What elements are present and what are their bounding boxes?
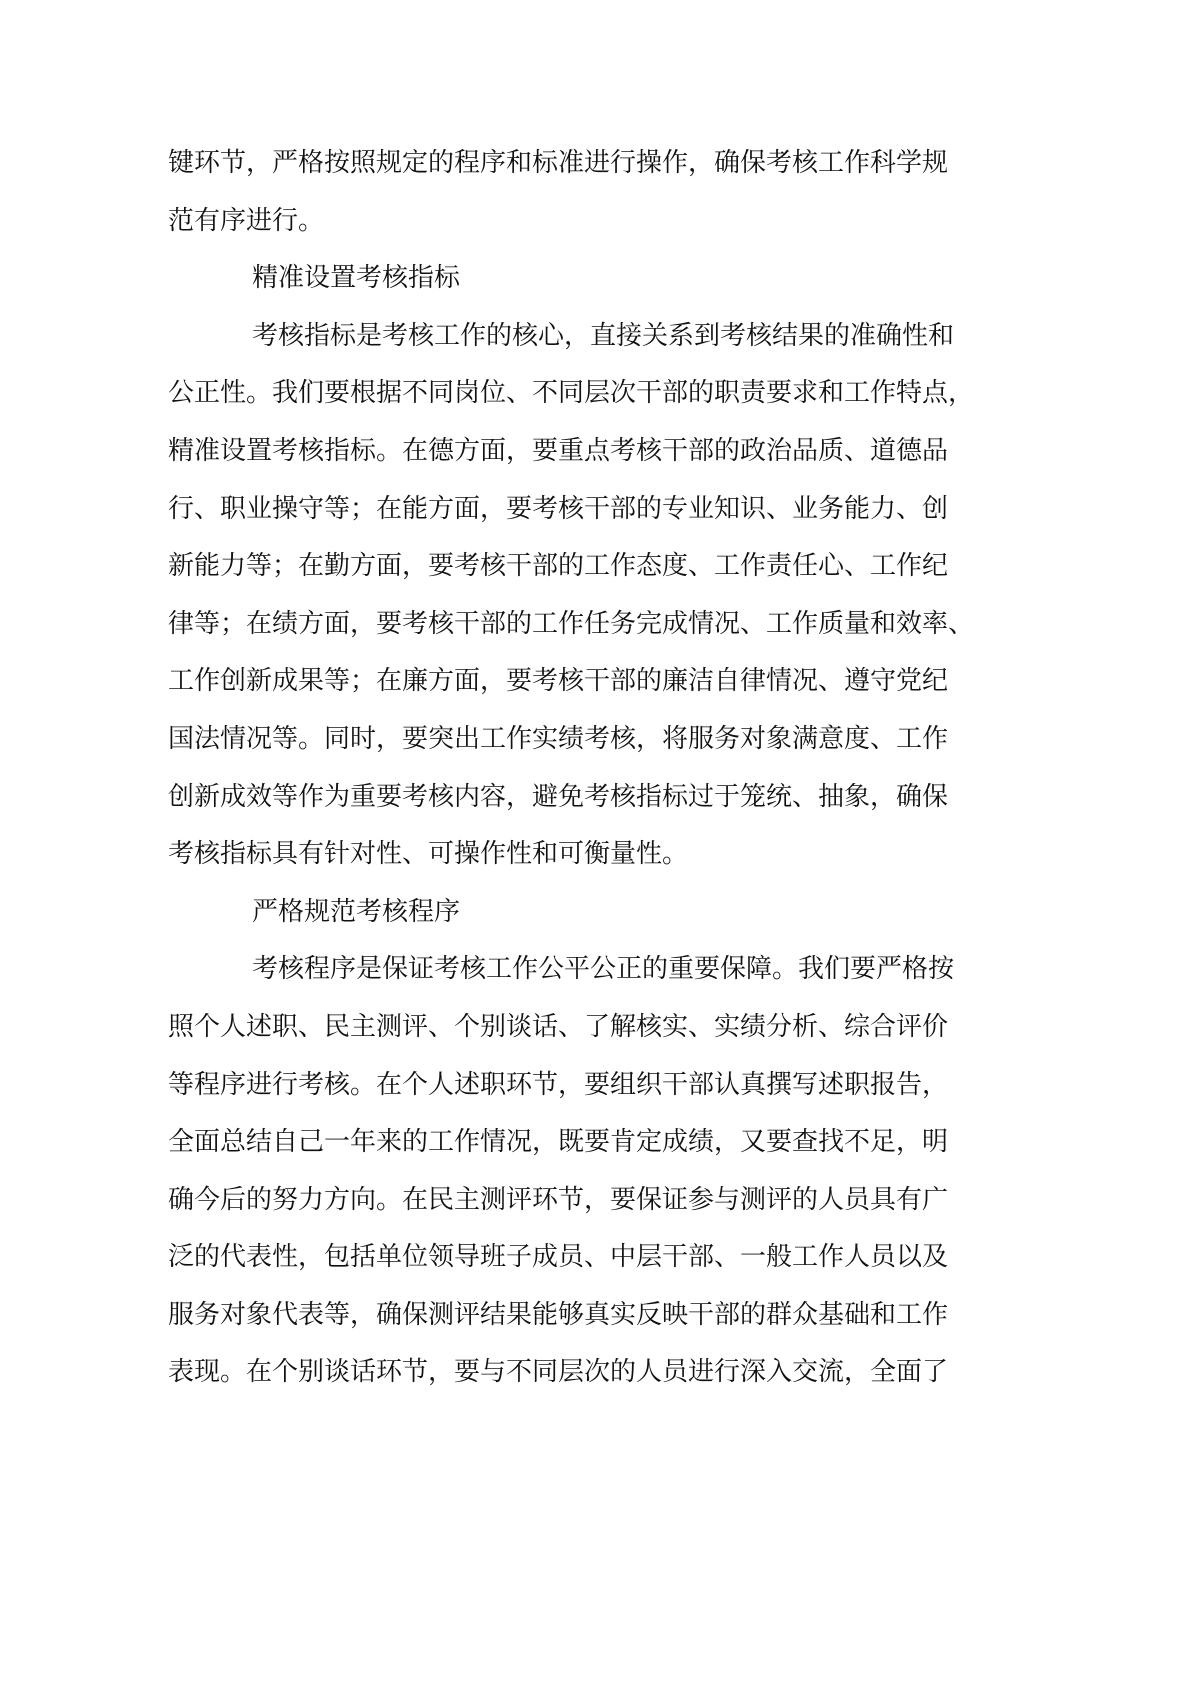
paragraph-line: 全面总结自己一年来的工作情况，既要肯定成绩，又要查找不足，明 <box>168 1124 942 1182</box>
paragraph-line: 服务对象代表等，确保测评结果能够真实反映干部的群众基础和工作 <box>168 1297 942 1355</box>
section-heading: 严格规范考核程序 <box>168 894 942 952</box>
paragraph-line: 工作创新成果等；在廉方面，要考核干部的廉洁自律情况、遵守党纪 <box>168 663 942 721</box>
paragraph-line: 公正性。我们要根据不同岗位、不同层次干部的职责要求和工作特点， <box>168 375 942 433</box>
paragraph-line: 泛的代表性，包括单位领导班子成员、中层干部、一般工作人员以及 <box>168 1239 942 1297</box>
paragraph-line: 范有序进行。 <box>168 203 942 261</box>
paragraph-line: 考核程序是保证考核工作公平公正的重要保障。我们要严格按 <box>168 951 942 1009</box>
document-page: 键环节，严格按照规定的程序和标准进行操作，确保考核工作科学规 范有序进行。 精准… <box>168 145 942 1412</box>
paragraph-line: 考核指标具有针对性、可操作性和可衡量性。 <box>168 836 942 894</box>
paragraph-line: 键环节，严格按照规定的程序和标准进行操作，确保考核工作科学规 <box>168 145 942 203</box>
paragraph-line: 照个人述职、民主测评、个别谈话、了解核实、实绩分析、综合评价 <box>168 1009 942 1067</box>
paragraph-line: 行、职业操守等；在能方面，要考核干部的专业知识、业务能力、创 <box>168 491 942 549</box>
paragraph-line: 表现。在个别谈话环节，要与不同层次的人员进行深入交流，全面了 <box>168 1354 942 1412</box>
paragraph-line: 国法情况等。同时，要突出工作实绩考核，将服务对象满意度、工作 <box>168 721 942 779</box>
paragraph-line: 确今后的努力方向。在民主测评环节，要保证参与测评的人员具有广 <box>168 1182 942 1240</box>
paragraph-line: 新能力等；在勤方面，要考核干部的工作态度、工作责任心、工作纪 <box>168 548 942 606</box>
paragraph-line: 创新成效等作为重要考核内容，避免考核指标过于笼统、抽象，确保 <box>168 779 942 837</box>
paragraph-line: 等程序进行考核。在个人述职环节，要组织干部认真撰写述职报告， <box>168 1067 942 1125</box>
paragraph-line: 考核指标是考核工作的核心，直接关系到考核结果的准确性和 <box>168 318 942 376</box>
section-heading: 精准设置考核指标 <box>168 260 942 318</box>
paragraph-line: 律等；在绩方面，要考核干部的工作任务完成情况、工作质量和效率、 <box>168 606 942 664</box>
paragraph-line: 精准设置考核指标。在德方面，要重点考核干部的政治品质、道德品 <box>168 433 942 491</box>
